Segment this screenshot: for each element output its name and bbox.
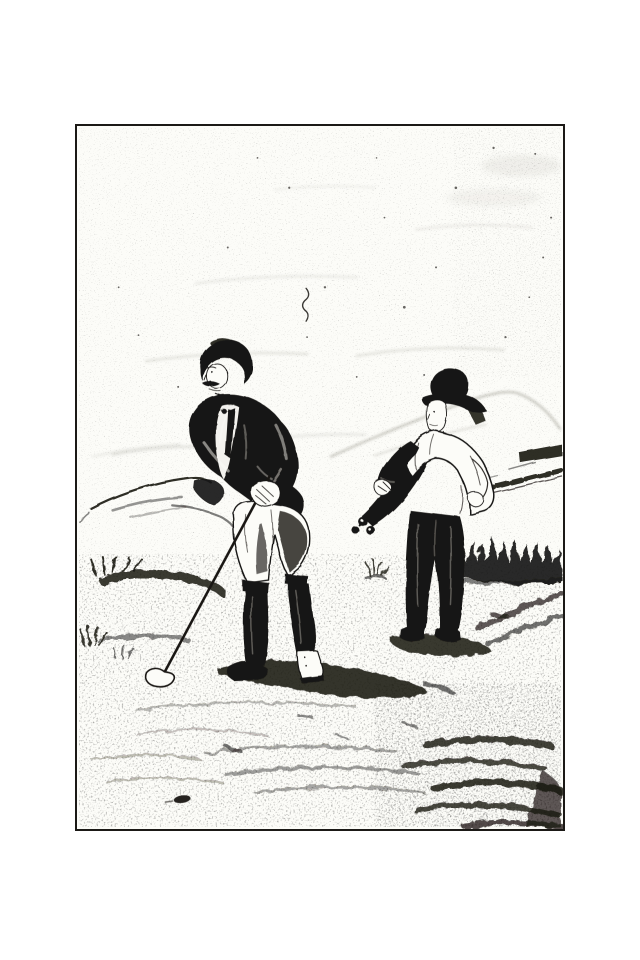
illustration-frame (75, 124, 565, 831)
corner-grain (454, 128, 561, 377)
links-scene-illustration (77, 126, 563, 829)
caddie-hip-hand (467, 492, 483, 506)
golfer-hands (251, 480, 281, 506)
